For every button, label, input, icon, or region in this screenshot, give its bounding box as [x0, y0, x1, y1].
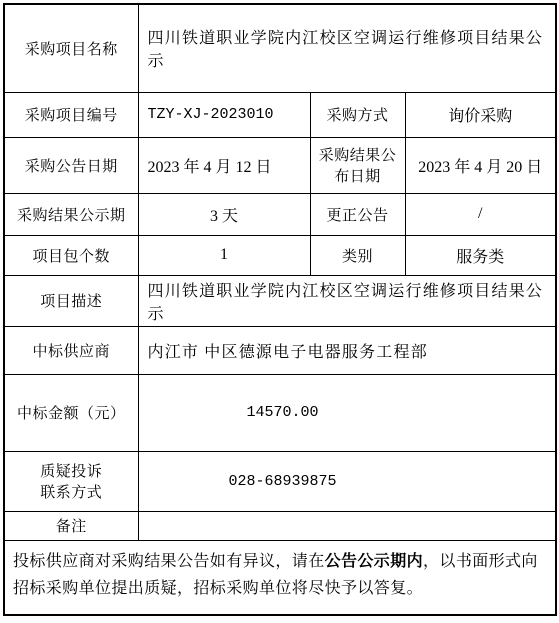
label-procurement-method: 采购方式: [310, 92, 405, 137]
footer-text-before: 投标供应商对采购结果公告如有异议，请在: [13, 553, 325, 570]
value-inquiry-contact: 028-68939875: [138, 451, 556, 511]
row-project-name: 采购项目名称 四川铁道职业学院内江校区空调运行维修项目结果公示: [4, 4, 556, 92]
row-winning-supplier: 中标供应商 内江市 中区德源电子电器服务工程部: [4, 326, 556, 374]
row-footer-note: 投标供应商对采购结果公告如有异议，请在公告公示期内，以书面形式向招标采购单位提出…: [4, 540, 556, 615]
label-announcement-date: 采购公告日期: [4, 137, 138, 193]
row-announcement-date: 采购公告日期 2023 年 4 月 12 日 采购结果公 布日期 2023 年 …: [4, 137, 556, 193]
label-result-publicity-period: 采购结果公示期: [4, 193, 138, 235]
row-result-publicity-period: 采购结果公示期 3 天 更正公告 /: [4, 193, 556, 235]
label-result-publish-date: 采购结果公 布日期: [310, 137, 405, 193]
value-remarks: [138, 511, 556, 540]
label-winning-amount: 中标金额（元）: [4, 374, 138, 451]
row-winning-amount: 中标金额（元） 14570.00: [4, 374, 556, 451]
value-result-publish-date: 2023 年 4 月 20 日: [405, 137, 556, 193]
row-package-count: 项目包个数 1 类别 服务类: [4, 235, 556, 275]
value-correction-notice: /: [405, 193, 556, 235]
procurement-result-table: 采购项目名称 四川铁道职业学院内江校区空调运行维修项目结果公示 采购项目编号 T…: [3, 3, 557, 616]
value-package-count: 1: [138, 235, 310, 275]
label-inquiry-contact: 质疑投诉 联系方式: [4, 451, 138, 511]
label-project-number: 采购项目编号: [4, 92, 138, 137]
footer-text-bold: 公告公示期内: [325, 553, 423, 570]
label-remarks: 备注: [4, 511, 138, 540]
value-project-name: 四川铁道职业学院内江校区空调运行维修项目结果公示: [138, 4, 556, 92]
label-project-description: 项目描述: [4, 275, 138, 326]
label-category: 类别: [310, 235, 405, 275]
row-project-number: 采购项目编号 TZY-XJ-2023010 采购方式 询价采购: [4, 92, 556, 137]
value-category: 服务类: [405, 235, 556, 275]
footer-note: 投标供应商对采购结果公告如有异议，请在公告公示期内，以书面形式向招标采购单位提出…: [4, 540, 556, 615]
value-project-description: 四川铁道职业学院内江校区空调运行维修项目结果公示: [138, 275, 556, 326]
value-winning-supplier: 内江市 中区德源电子电器服务工程部: [138, 326, 556, 374]
value-project-number: TZY-XJ-2023010: [138, 92, 310, 137]
value-procurement-method: 询价采购: [405, 92, 556, 137]
inquiry-contact-text: 028-68939875: [148, 473, 418, 490]
value-announcement-date: 2023 年 4 月 12 日: [138, 137, 310, 193]
value-result-publicity-period: 3 天: [138, 193, 310, 235]
row-remarks: 备注: [4, 511, 556, 540]
label-winning-supplier: 中标供应商: [4, 326, 138, 374]
label-package-count: 项目包个数: [4, 235, 138, 275]
row-inquiry-contact: 质疑投诉 联系方式 028-68939875: [4, 451, 556, 511]
label-correction-notice: 更正公告: [310, 193, 405, 235]
label-project-name: 采购项目名称: [4, 4, 138, 92]
row-project-description: 项目描述 四川铁道职业学院内江校区空调运行维修项目结果公示: [4, 275, 556, 326]
winning-amount-text: 14570.00: [148, 404, 418, 421]
value-winning-amount: 14570.00: [138, 374, 556, 451]
